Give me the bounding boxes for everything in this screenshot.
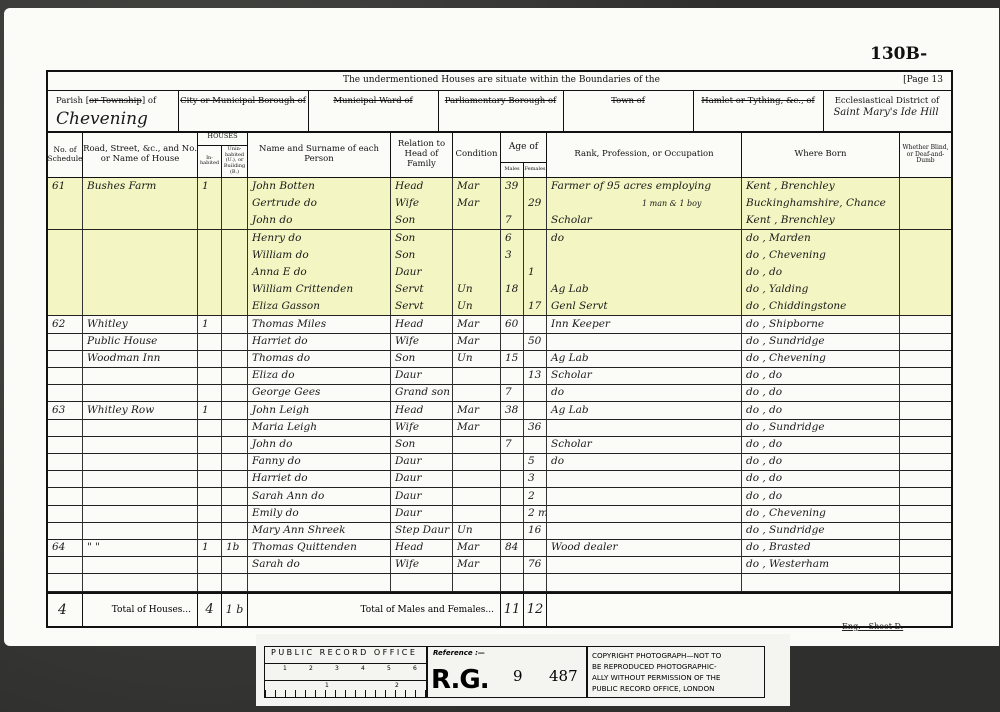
blind-cell — [900, 298, 951, 315]
folio-reference: 487 — [549, 667, 578, 685]
condition-cell: Mar — [453, 316, 501, 333]
birthplace-cell: do , do — [742, 453, 900, 470]
col-relation: Relation to Head of Family — [391, 133, 453, 177]
male-age-cell — [501, 264, 524, 281]
relation-cell: Son — [391, 350, 453, 367]
road-cell: Woodman Inn — [83, 350, 198, 367]
blind-cell — [900, 436, 951, 453]
birthplace-cell: Kent , Brenchley — [742, 212, 900, 229]
table-row: 62Whitley1Thomas MilesHeadMar60Inn Keepe… — [48, 316, 951, 334]
uninhabited-cell — [222, 419, 248, 436]
schedule-cell — [48, 281, 83, 298]
blind-cell — [900, 195, 951, 212]
blind-cell — [900, 539, 951, 556]
form-banner: The undermentioned Houses are situate wi… — [48, 72, 951, 91]
schedule-cell — [48, 212, 83, 229]
table-row: William doSon3do , Chevening — [48, 247, 951, 265]
uninhabited-cell — [222, 436, 248, 453]
office-title: PUBLIC RECORD OFFICE — [271, 648, 417, 657]
name-cell: Henry do — [248, 230, 391, 247]
total-females: 12 — [524, 594, 547, 626]
male-age-cell — [501, 298, 524, 315]
piece-number: 9 — [513, 667, 523, 685]
blind-cell — [900, 333, 951, 350]
male-age-cell — [501, 470, 524, 487]
blind-cell — [900, 384, 951, 401]
inhabited-cell — [198, 350, 222, 367]
birthplace-cell: do , Brasted — [742, 539, 900, 556]
relation-cell: Son — [391, 247, 453, 264]
ecclesiastical-value: Saint Mary's Ide Hill — [831, 107, 941, 118]
uninhabited-cell — [222, 350, 248, 367]
town-cell: Town of — [563, 91, 694, 131]
relation-cell: Daur — [391, 505, 453, 522]
uninhabited-cell — [222, 298, 248, 315]
inhabited-cell — [198, 195, 222, 212]
female-age-cell: 5 — [524, 453, 547, 470]
ecclesiastical-cell: Ecclesiastical District of Saint Mary's … — [823, 91, 951, 131]
schedule-cell: 62 — [48, 316, 83, 333]
ruler: 1 2 3 4 5 6 1 2 — [265, 663, 427, 698]
name-cell: Eliza do — [248, 367, 391, 384]
road-cell — [83, 212, 198, 229]
female-age-cell: 16 — [524, 522, 547, 539]
road-cell — [83, 195, 198, 212]
inhabited-cell: 1 — [198, 402, 222, 419]
uninhabited-cell — [222, 195, 248, 212]
inhabited-cell — [198, 384, 222, 401]
table-row: 64" "11bThomas QuittendenHeadMar84Wood d… — [48, 539, 951, 557]
col-age: Age of Males Females — [501, 133, 547, 177]
uninhabited-cell — [222, 453, 248, 470]
inhabited-cell — [198, 453, 222, 470]
relation-cell: Wife — [391, 333, 453, 350]
occupation-cell — [547, 264, 742, 281]
male-age-cell: 18 — [501, 281, 524, 298]
inhabited-cell — [198, 264, 222, 281]
female-age-cell: 29 — [524, 195, 547, 212]
birthplace-cell: do , Chiddingstone — [742, 298, 900, 315]
road-cell — [83, 505, 198, 522]
relation-cell: Head — [391, 316, 453, 333]
female-age-cell: 2 — [524, 488, 547, 505]
name-cell: John do — [248, 212, 391, 229]
uninhabited-cell — [222, 333, 248, 350]
road-cell — [83, 556, 198, 573]
occupation-cell: Scholar — [547, 212, 742, 229]
col-houses: HOUSES In-habited Unin-habited (U.), or … — [198, 133, 248, 177]
condition-cell: Mar — [453, 419, 501, 436]
male-age-cell: 7 — [501, 212, 524, 229]
road-cell — [83, 522, 198, 539]
relation-cell: Son — [391, 212, 453, 229]
male-age-cell — [501, 488, 524, 505]
parliamentary-cell: Parliamentary Borough of — [438, 91, 564, 131]
table-row: Maria LeighWifeMar36do , Sundridge — [48, 419, 951, 437]
uninhabited-cell — [222, 316, 248, 333]
blind-cell — [900, 316, 951, 333]
inhabited-cell — [198, 505, 222, 522]
occupation-cell: do — [547, 230, 742, 247]
relation-cell: Head — [391, 178, 453, 195]
table-row: Emily doDaur2 modo , Chevening — [48, 505, 951, 523]
occupation-cell: Inn Keeper — [547, 316, 742, 333]
schedule-cell — [48, 574, 83, 591]
female-age-cell — [524, 350, 547, 367]
blind-cell — [900, 264, 951, 281]
condition-cell — [453, 230, 501, 247]
blind-cell — [900, 402, 951, 419]
table-row: Eliza doDaur13Scholardo , do — [48, 367, 951, 385]
blind-cell — [900, 488, 951, 505]
table-row: Sarah Ann doDaur2do , do — [48, 488, 951, 506]
relation-cell: Wife — [391, 556, 453, 573]
male-age-cell: 7 — [501, 384, 524, 401]
relation-cell: Daur — [391, 453, 453, 470]
road-cell — [83, 453, 198, 470]
occupation-cell — [547, 574, 742, 591]
occupation-cell — [547, 419, 742, 436]
condition-cell — [453, 384, 501, 401]
table-row: Eliza GassonServtUn17Genl Servtdo , Chid… — [48, 298, 951, 316]
male-age-cell — [501, 367, 524, 384]
sheet-label: Eng.—Sheet D. — [842, 622, 903, 631]
inhabited-cell — [198, 367, 222, 384]
occupation-cell: Farmer of 95 acres employing — [547, 178, 742, 195]
table-row: Fanny doDaur5dodo , do — [48, 453, 951, 471]
condition-cell: Un — [453, 298, 501, 315]
uninhabited-cell — [222, 281, 248, 298]
occupation-cell: do — [547, 453, 742, 470]
parish-value: Chevening — [56, 109, 148, 129]
condition-cell — [453, 574, 501, 591]
occupation-cell — [547, 505, 742, 522]
condition-cell: Un — [453, 350, 501, 367]
birthplace-cell: Buckinghamshire, Chance — [742, 195, 900, 212]
relation-cell: Head — [391, 402, 453, 419]
blind-cell — [900, 367, 951, 384]
blind-cell — [900, 470, 951, 487]
road-cell — [83, 488, 198, 505]
name-cell: Eliza Gasson — [248, 298, 391, 315]
female-age-cell: 13 — [524, 367, 547, 384]
total-houses-label: Total of Houses... — [83, 594, 198, 626]
road-cell — [83, 367, 198, 384]
city-cell: City or Municipal Borough of — [178, 91, 309, 131]
occupation-cell — [547, 522, 742, 539]
name-cell: William do — [248, 247, 391, 264]
condition-cell: Un — [453, 522, 501, 539]
schedule-cell — [48, 264, 83, 281]
reference-label: Reference :— — [433, 649, 485, 657]
condition-cell — [453, 453, 501, 470]
uninhabited-cell — [222, 470, 248, 487]
table-row: George GeesGrand son7dodo , do — [48, 384, 951, 402]
blind-cell — [900, 247, 951, 264]
female-age-cell — [524, 178, 547, 195]
schedule-cell: 63 — [48, 402, 83, 419]
name-cell: John Leigh — [248, 402, 391, 419]
copyright-box: COPYRIGHT PHOTOGRAPH—NOT TO BE REPRODUCE… — [586, 646, 765, 698]
road-cell — [83, 298, 198, 315]
inhabited-cell — [198, 574, 222, 591]
name-cell: Harriet do — [248, 470, 391, 487]
uninhabited-cell — [222, 574, 248, 591]
uninhabited-cell — [222, 505, 248, 522]
blind-cell — [900, 522, 951, 539]
birthplace-cell: do , do — [742, 436, 900, 453]
relation-cell: Servt — [391, 281, 453, 298]
total-schedules: 4 — [48, 594, 83, 626]
male-age-cell — [501, 574, 524, 591]
birthplace-cell: do , Chevening — [742, 247, 900, 264]
folio-number: 130B- — [870, 44, 927, 64]
location-header: Parish [or Township] of Chevening City o… — [48, 91, 951, 133]
road-cell — [83, 281, 198, 298]
inhabited-cell — [198, 230, 222, 247]
road-cell: Whitley — [83, 316, 198, 333]
office-ruler-box: PUBLIC RECORD OFFICE 1 2 3 4 5 6 1 2 — [264, 646, 428, 698]
table-row: 63Whitley Row1John LeighHeadMar38Ag Labd… — [48, 402, 951, 420]
male-age-cell: 60 — [501, 316, 524, 333]
table-row: Sarah doWifeMar76do , Westerham — [48, 556, 951, 574]
female-age-cell — [524, 316, 547, 333]
schedule-cell — [48, 470, 83, 487]
schedule-cell — [48, 384, 83, 401]
banner-text: The undermentioned Houses are situate wi… — [343, 75, 660, 85]
total-males: 11 — [501, 594, 524, 626]
inhabited-cell — [198, 212, 222, 229]
inhabited-cell — [198, 419, 222, 436]
name-cell: Thomas do — [248, 350, 391, 367]
name-cell: Thomas Quittenden — [248, 539, 391, 556]
table-row: William CrittendenServtUn18Ag Labdo , Ya… — [48, 281, 951, 299]
col-occupation: Rank, Profession, or Occupation — [547, 133, 742, 177]
table-row: 61Bushes Farm1John BottenHeadMar39Farmer… — [48, 178, 951, 196]
relation-cell — [391, 574, 453, 591]
schedule-cell — [48, 230, 83, 247]
blind-cell — [900, 556, 951, 573]
blind-cell — [900, 178, 951, 195]
total-inhabited: 4 — [198, 594, 222, 626]
inhabited-cell: 1 — [198, 178, 222, 195]
name-cell: George Gees — [248, 384, 391, 401]
female-age-cell — [524, 212, 547, 229]
male-age-cell — [501, 522, 524, 539]
occupation-cell: Scholar — [547, 367, 742, 384]
female-age-cell: 2 mo — [524, 505, 547, 522]
occupation-cell — [547, 556, 742, 573]
name-cell: John Botten — [248, 178, 391, 195]
female-age-cell — [524, 574, 547, 591]
birthplace-cell: do , do — [742, 384, 900, 401]
birthplace-cell: do , Sundridge — [742, 522, 900, 539]
total-uninhabited: 1 b — [222, 594, 248, 626]
occupation-cell: Ag Lab — [547, 350, 742, 367]
condition-cell: Mar — [453, 539, 501, 556]
relation-cell: Son — [391, 230, 453, 247]
table-row: Public HouseHarriet doWifeMar50do , Sund… — [48, 333, 951, 351]
male-age-cell: 39 — [501, 178, 524, 195]
condition-cell — [453, 436, 501, 453]
inhabited-cell — [198, 470, 222, 487]
road-cell — [83, 574, 198, 591]
condition-cell: Mar — [453, 333, 501, 350]
male-age-cell: 38 — [501, 402, 524, 419]
schedule-cell — [48, 247, 83, 264]
col-blind: Whether Blind, or Deaf-and-Dumb — [900, 133, 951, 177]
inhabited-cell: 1 — [198, 316, 222, 333]
schedule-cell — [48, 195, 83, 212]
table-row: Anna E doDaur1do , do — [48, 264, 951, 282]
female-age-cell — [524, 436, 547, 453]
uninhabited-cell — [222, 264, 248, 281]
male-age-cell — [501, 419, 524, 436]
female-age-cell: 3 — [524, 470, 547, 487]
inhabited-cell — [198, 281, 222, 298]
female-age-cell: 1 — [524, 264, 547, 281]
inhabited-cell — [198, 556, 222, 573]
relation-cell: Servt — [391, 298, 453, 315]
schedule-cell — [48, 522, 83, 539]
birthplace-cell: do , Westerham — [742, 556, 900, 573]
name-cell: Thomas Miles — [248, 316, 391, 333]
schedule-cell: 61 — [48, 178, 83, 195]
condition-cell — [453, 505, 501, 522]
uninhabited-cell — [222, 178, 248, 195]
female-age-cell: 50 — [524, 333, 547, 350]
female-age-cell: 36 — [524, 419, 547, 436]
table-row: Mary Ann ShreekStep DaurUn16do , Sundrid… — [48, 522, 951, 540]
occupation-cell — [547, 247, 742, 264]
inhabited-cell — [198, 436, 222, 453]
ward-cell: Municipal Ward of — [308, 91, 439, 131]
road-cell — [83, 384, 198, 401]
uninhabited-cell — [222, 212, 248, 229]
schedule-cell — [48, 367, 83, 384]
condition-cell — [453, 488, 501, 505]
occupation-cell — [547, 470, 742, 487]
female-age-cell — [524, 230, 547, 247]
occupation-cell: 1 man & 1 boy — [547, 195, 742, 212]
female-age-cell — [524, 384, 547, 401]
col-name: Name and Surname of each Person — [248, 133, 391, 177]
male-age-cell: 15 — [501, 350, 524, 367]
birthplace-cell: do , do — [742, 264, 900, 281]
reference-box: Reference :— R.G. 9 487 — [426, 646, 588, 698]
relation-cell: Grand son — [391, 384, 453, 401]
name-cell: John do — [248, 436, 391, 453]
schedule-cell — [48, 488, 83, 505]
blind-cell — [900, 505, 951, 522]
road-cell — [83, 247, 198, 264]
road-cell — [83, 419, 198, 436]
table-row: John doSon7Scholardo , do — [48, 436, 951, 454]
page-label: [Page 13 — [903, 75, 943, 85]
name-cell: Sarah do — [248, 556, 391, 573]
uninhabited-cell — [222, 522, 248, 539]
birthplace-cell — [742, 574, 900, 591]
hamlet-cell: Hamlet or Tything, &c., of — [693, 91, 824, 131]
totals-row: 4 Total of Houses... 4 1 b Total of Male… — [48, 592, 951, 626]
public-record-office-stamp: PUBLIC RECORD OFFICE 1 2 3 4 5 6 1 2 Ref… — [256, 634, 790, 706]
copyright-text: COPYRIGHT PHOTOGRAPH—NOT TO BE REPRODUCE… — [592, 650, 721, 694]
male-age-cell: 7 — [501, 436, 524, 453]
schedule-cell — [48, 556, 83, 573]
name-cell: Maria Leigh — [248, 419, 391, 436]
birthplace-cell: do , Sundridge — [742, 333, 900, 350]
schedule-cell — [48, 419, 83, 436]
male-age-cell — [501, 505, 524, 522]
male-age-cell: 84 — [501, 539, 524, 556]
condition-cell — [453, 264, 501, 281]
birthplace-cell: do , do — [742, 367, 900, 384]
relation-cell: Head — [391, 539, 453, 556]
blind-cell — [900, 350, 951, 367]
female-age-cell — [524, 247, 547, 264]
road-cell: Whitley Row — [83, 402, 198, 419]
uninhabited-cell — [222, 384, 248, 401]
birthplace-cell: do , Chevening — [742, 505, 900, 522]
name-cell: Anna E do — [248, 264, 391, 281]
uninhabited-cell — [222, 367, 248, 384]
condition-cell: Un — [453, 281, 501, 298]
total-persons-label: Total of Males and Females... — [248, 594, 501, 626]
table-row — [48, 574, 951, 592]
birthplace-cell: Kent , Brenchley — [742, 178, 900, 195]
table-row: Harriet doDaur3do , do — [48, 470, 951, 488]
road-cell — [83, 470, 198, 487]
occupation-cell: Ag Lab — [547, 281, 742, 298]
uninhabited-cell: 1b — [222, 539, 248, 556]
occupation-cell: Scholar — [547, 436, 742, 453]
table-row: John doSon7ScholarKent , Brenchley — [48, 212, 951, 230]
road-cell: Public House — [83, 333, 198, 350]
blind-cell — [900, 212, 951, 229]
road-cell — [83, 230, 198, 247]
uninhabited-cell — [222, 230, 248, 247]
relation-cell: Daur — [391, 470, 453, 487]
female-age-cell — [524, 539, 547, 556]
schedule-cell — [48, 505, 83, 522]
occupation-cell: do — [547, 384, 742, 401]
female-age-cell — [524, 402, 547, 419]
occupation-cell: Wood dealer — [547, 539, 742, 556]
name-cell — [248, 574, 391, 591]
col-schedule: No. of Schedule — [48, 133, 83, 177]
condition-cell: Mar — [453, 556, 501, 573]
parish-cell: Parish [or Township] of Chevening — [48, 91, 179, 131]
uninhabited-cell — [222, 247, 248, 264]
name-cell: Harriet do — [248, 333, 391, 350]
table-row: Woodman InnThomas doSonUn15Ag Labdo , Ch… — [48, 350, 951, 368]
relation-cell: Wife — [391, 195, 453, 212]
schedule-cell — [48, 453, 83, 470]
blind-cell — [900, 453, 951, 470]
schedule-cell — [48, 350, 83, 367]
relation-cell: Daur — [391, 367, 453, 384]
female-age-cell — [524, 281, 547, 298]
blind-cell — [900, 574, 951, 591]
birthplace-cell: do , Shipborne — [742, 316, 900, 333]
occupation-cell: Genl Servt — [547, 298, 742, 315]
census-form: The undermentioned Houses are situate wi… — [46, 70, 953, 628]
road-cell: " " — [83, 539, 198, 556]
condition-cell — [453, 470, 501, 487]
inhabited-cell — [198, 488, 222, 505]
birthplace-cell: do , Marden — [742, 230, 900, 247]
relation-cell: Daur — [391, 264, 453, 281]
